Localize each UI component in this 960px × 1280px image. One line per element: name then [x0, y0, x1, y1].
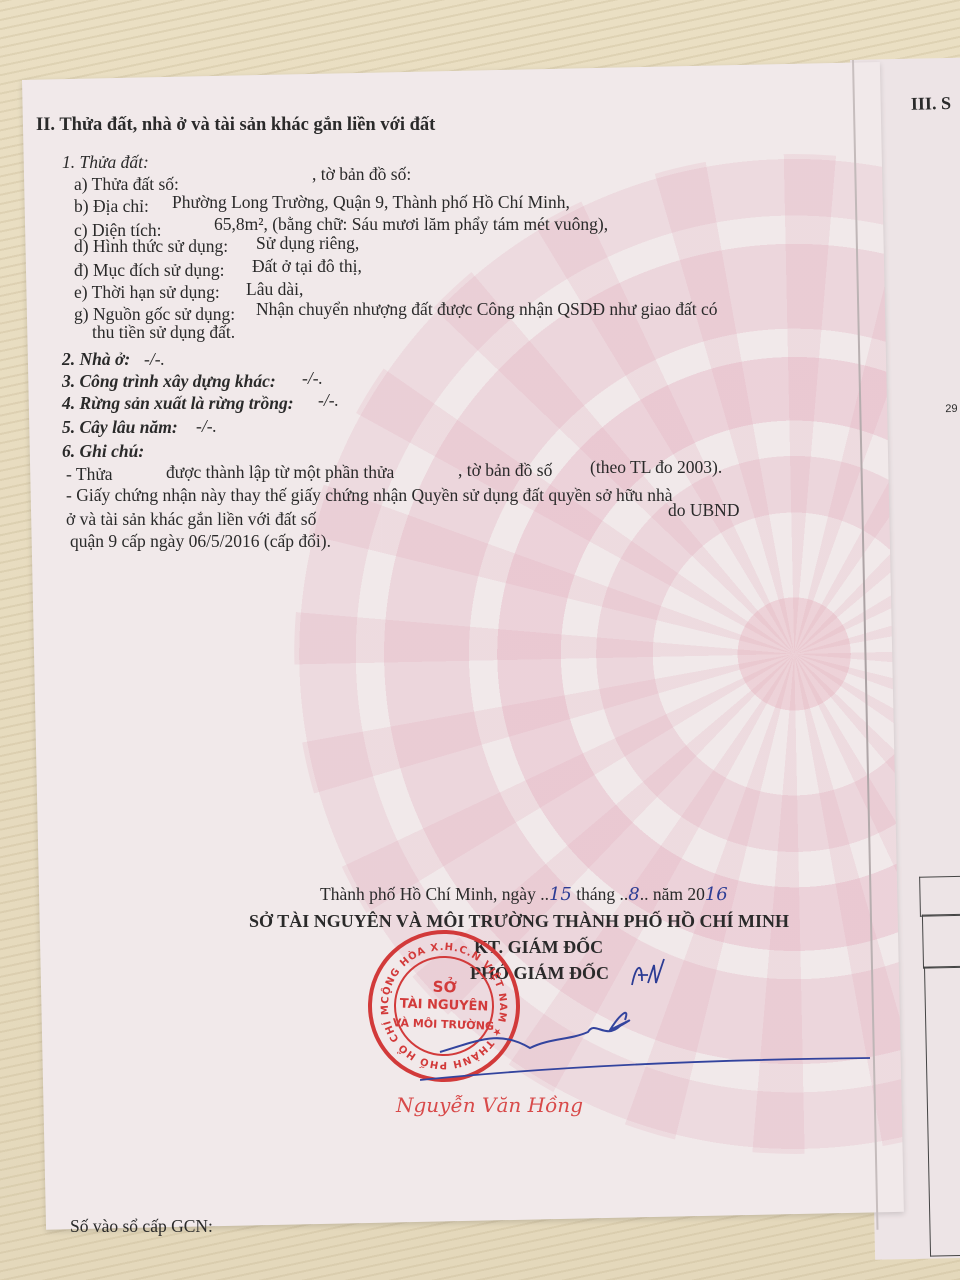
handwritten-month: 8: [628, 884, 639, 905]
land-map-sheet-label: , tờ bản đồ số:: [312, 166, 411, 184]
address-value: Phường Long Trường, Quận 9, Thành phố Hồ…: [172, 194, 570, 212]
address-label: b) Địa chỉ:: [74, 198, 149, 216]
usage-term-label: e) Thời hạn sử dụng:: [74, 284, 220, 302]
registry-number-label: Số vào sổ cấp GCN:: [70, 1218, 213, 1236]
production-forest-value: -/-.: [318, 392, 339, 410]
usage-form-value: Sử dụng riêng,: [256, 235, 359, 253]
document-content: II. Thửa đất, nhà ở và tài sản khác gắn …: [0, 0, 960, 1280]
land-heading: 1. Thửa đất:: [62, 154, 149, 172]
notes-line-1c: , tờ bản đồ số: [458, 462, 552, 480]
usage-form-label: d) Hình thức sử dụng:: [74, 238, 228, 256]
handwritten-year: 16: [705, 884, 728, 905]
issuing-authority: SỞ TÀI NGUYÊN VÀ MÔI TRƯỜNG THÀNH PHỐ HỒ…: [249, 912, 789, 930]
place-date-prefix: Thành phố Hồ Chí Minh, ngày: [320, 884, 536, 904]
usage-purpose-value: Đất ở tại đô thị,: [252, 258, 362, 276]
perennial-trees-label: 5. Cây lâu năm:: [62, 419, 178, 437]
notes-line-1a: - Thửa: [66, 466, 113, 484]
signature-mark: [420, 980, 870, 1090]
notes-line-1b: được thành lập từ một phần thửa: [166, 464, 394, 482]
usage-origin-label: g) Nguồn gốc sử dụng:: [74, 306, 235, 324]
place-date: Thành phố Hồ Chí Minh, ngày ..15 tháng .…: [320, 886, 728, 904]
usage-purpose-label: đ) Mục đích sử dụng:: [74, 262, 224, 280]
handwritten-day: 15: [549, 884, 572, 905]
usage-origin-value-2: thu tiền sử dụng đất.: [92, 324, 235, 342]
other-construction-value: -/-.: [302, 370, 323, 388]
notes-line-3a: ở và tài sản khác gắn liền với đất số: [66, 511, 316, 529]
year-label: năm 20: [653, 884, 705, 904]
signer-name: Nguyễn Văn Hồng: [396, 1093, 583, 1117]
house-value: -/-.: [144, 351, 165, 369]
section-title: II. Thửa đất, nhà ở và tài sản khác gắn …: [36, 116, 435, 135]
area-value: 65,8m², (bằng chữ: Sáu mươi lăm phẩy tám…: [214, 216, 608, 234]
house-label: 2. Nhà ở:: [62, 351, 130, 369]
notes-label: 6. Ghi chú:: [62, 443, 144, 461]
notes-line-1d: (theo TL đo 2003).: [590, 459, 722, 477]
notes-line-3b: do UBND: [668, 502, 739, 520]
land-parcel-label: a) Thửa đất số:: [74, 176, 179, 194]
month-label: tháng: [576, 884, 615, 904]
perennial-trees-value: -/-.: [196, 418, 217, 436]
other-construction-label: 3. Công trình xây dựng khác:: [62, 373, 276, 391]
notes-line-2: - Giấy chứng nhận này thay thế giấy chứn…: [66, 487, 673, 505]
notes-line-4: quận 9 cấp ngày 06/5/2016 (cấp đổi).: [70, 533, 331, 551]
usage-term-value: Lâu dài,: [246, 281, 303, 299]
production-forest-label: 4. Rừng sản xuất là rừng trồng:: [62, 395, 294, 413]
usage-origin-value-1: Nhận chuyển nhượng đất được Công nhận QS…: [256, 301, 718, 319]
